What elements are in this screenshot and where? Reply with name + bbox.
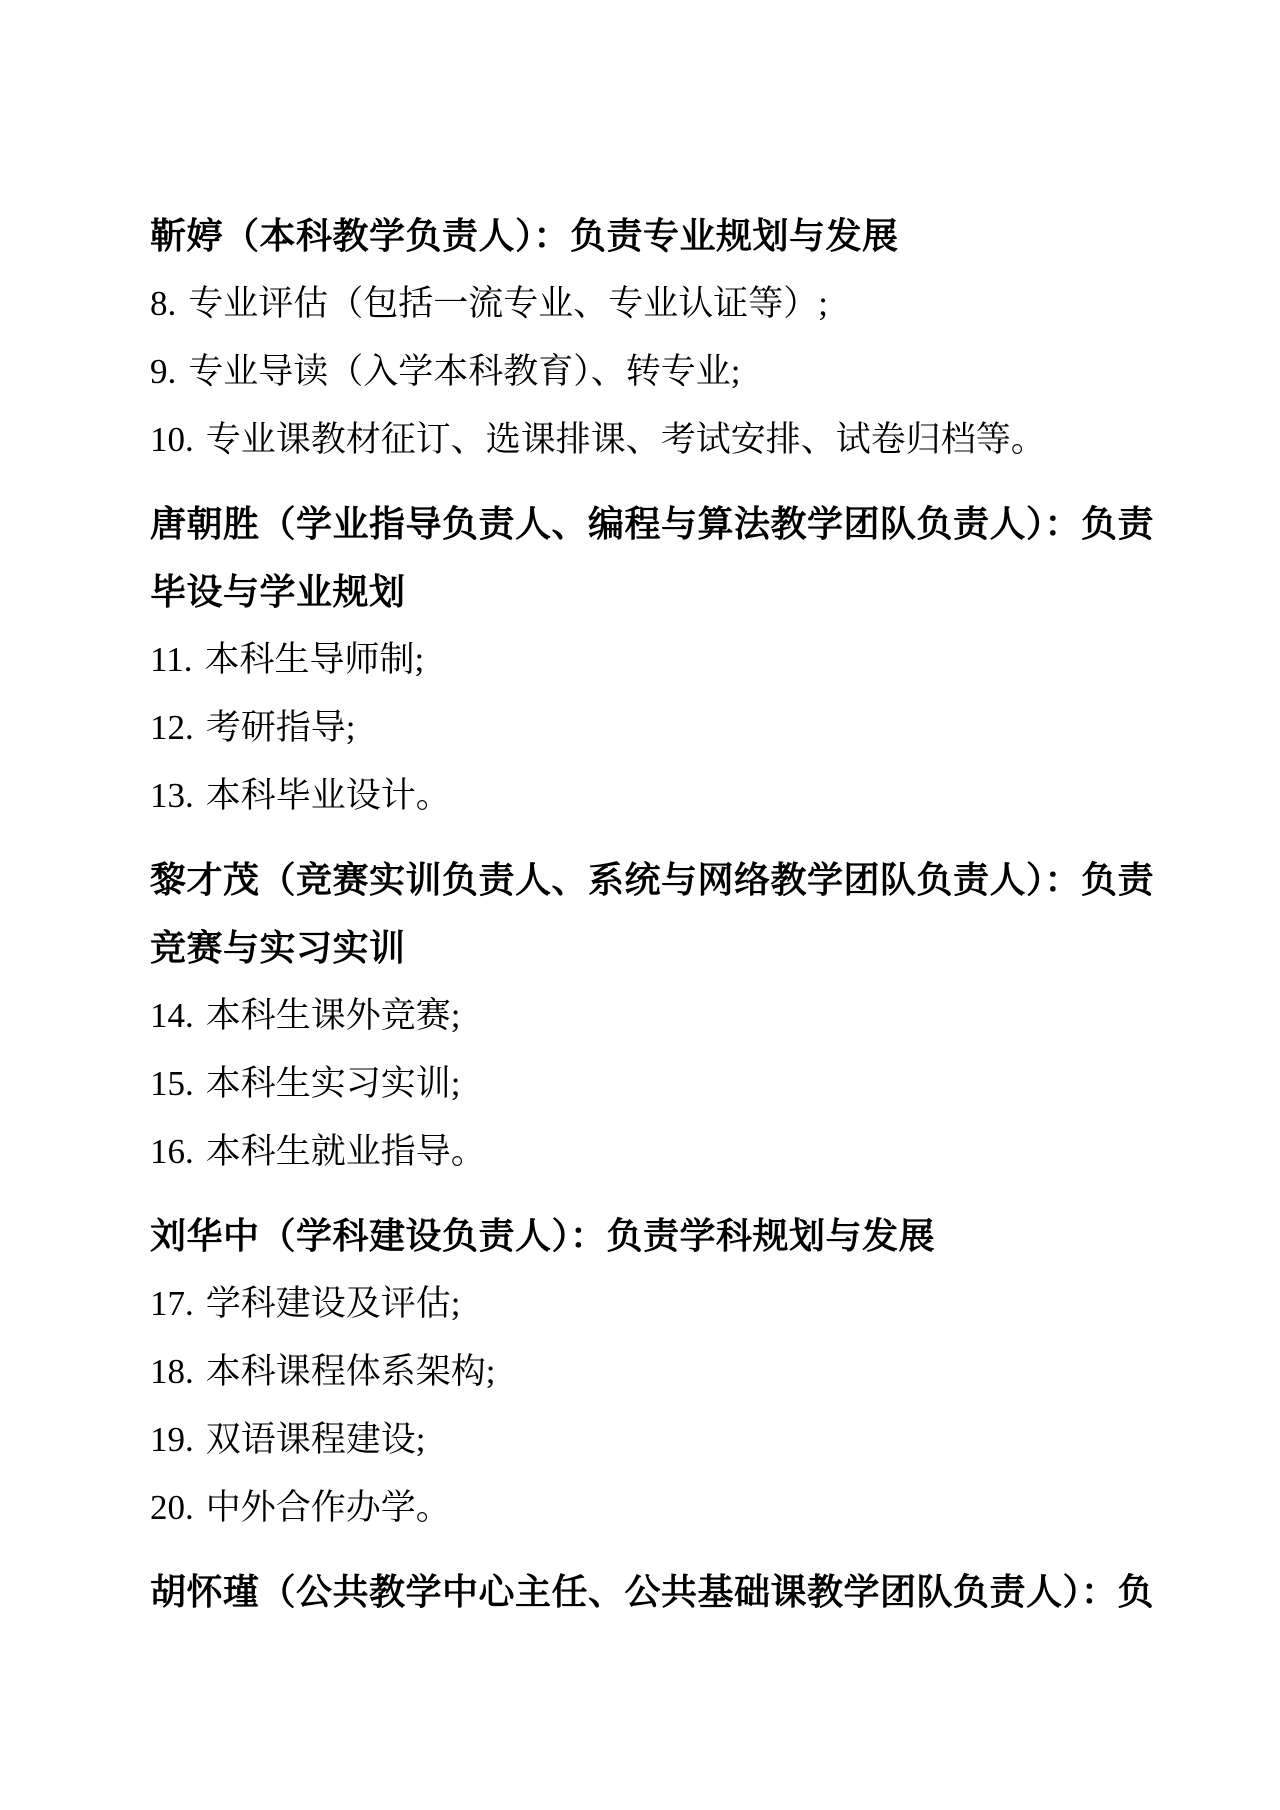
list-item: 17.学科建设及评估; bbox=[150, 1270, 1140, 1338]
item-text: 本科课程体系架构; bbox=[206, 1352, 496, 1391]
item-text: 中外合作办学。 bbox=[206, 1488, 451, 1527]
item-text: 本科毕业设计。 bbox=[206, 776, 451, 815]
document-page: 靳婷（本科教学负责人）：负责专业规划与发展 8.专业评估（包括一流专业、专业认证… bbox=[0, 0, 1280, 1810]
list-item: 11.本科生导师制; bbox=[150, 626, 1140, 694]
item-number: 18. bbox=[150, 1338, 194, 1406]
item-text: 考研指导; bbox=[206, 708, 356, 747]
section-heading-line: 黎才茂（竞赛实训负责人、系统与网络教学团队负责人）：负责 bbox=[150, 846, 1140, 914]
item-number: 15. bbox=[150, 1050, 194, 1118]
section-heading-line: 竞赛与实习实训 bbox=[150, 914, 1140, 982]
list-item: 19.双语课程建设; bbox=[150, 1406, 1140, 1474]
item-text: 本科生导师制; bbox=[204, 640, 424, 679]
section-heading-line: 毕设与学业规划 bbox=[150, 558, 1140, 626]
section-jin-ting: 靳婷（本科教学负责人）：负责专业规划与发展 8.专业评估（包括一流专业、专业认证… bbox=[150, 202, 1140, 474]
section-heading-line: 唐朝胜（学业指导负责人、编程与算法教学团队负责人）：负责 bbox=[150, 490, 1140, 558]
section-heading-line: 靳婷（本科教学负责人）：负责专业规划与发展 bbox=[150, 202, 1140, 270]
list-item: 9.专业导读（入学本科教育）、转专业; bbox=[150, 338, 1140, 406]
list-item: 15.本科生实习实训; bbox=[150, 1050, 1140, 1118]
item-number: 20. bbox=[150, 1474, 194, 1542]
item-text: 本科生课外竞赛; bbox=[206, 996, 461, 1035]
list-item: 14.本科生课外竞赛; bbox=[150, 982, 1140, 1050]
item-number: 16. bbox=[150, 1118, 194, 1186]
item-number: 11. bbox=[150, 626, 192, 694]
item-number: 13. bbox=[150, 762, 194, 830]
item-text: 学科建设及评估; bbox=[206, 1284, 461, 1323]
section-hu-huaijin: 胡怀瑾（公共教学中心主任、公共基础课教学团队负责人）：负 bbox=[150, 1558, 1140, 1626]
item-number: 12. bbox=[150, 694, 194, 762]
section-li-caimao: 黎才茂（竞赛实训负责人、系统与网络教学团队负责人）：负责 竞赛与实习实训 14.… bbox=[150, 846, 1140, 1186]
item-number: 17. bbox=[150, 1270, 194, 1338]
item-text: 双语课程建设; bbox=[206, 1420, 426, 1459]
item-text: 专业评估（包括一流专业、专业认证等）; bbox=[188, 284, 828, 323]
section-heading-line: 刘华中（学科建设负责人）：负责学科规划与发展 bbox=[150, 1202, 1140, 1270]
item-number: 10. bbox=[150, 406, 194, 474]
item-text: 本科生实习实训; bbox=[206, 1064, 461, 1103]
list-item: 20.中外合作办学。 bbox=[150, 1474, 1140, 1542]
section-heading-line: 胡怀瑾（公共教学中心主任、公共基础课教学团队负责人）：负 bbox=[150, 1558, 1140, 1626]
list-item: 10.专业课教材征订、选课排课、考试安排、试卷归档等。 bbox=[150, 406, 1140, 474]
item-number: 19. bbox=[150, 1406, 194, 1474]
list-item: 8.专业评估（包括一流专业、专业认证等）; bbox=[150, 270, 1140, 338]
item-number: 14. bbox=[150, 982, 194, 1050]
item-number: 8. bbox=[150, 270, 176, 338]
section-liu-huazhong: 刘华中（学科建设负责人）：负责学科规划与发展 17.学科建设及评估; 18.本科… bbox=[150, 1202, 1140, 1542]
item-text: 专业课教材征订、选课排课、考试安排、试卷归档等。 bbox=[206, 420, 1046, 459]
item-text: 专业导读（入学本科教育）、转专业; bbox=[188, 352, 740, 391]
list-item: 12.考研指导; bbox=[150, 694, 1140, 762]
list-item: 16.本科生就业指导。 bbox=[150, 1118, 1140, 1186]
list-item: 18.本科课程体系架构; bbox=[150, 1338, 1140, 1406]
item-number: 9. bbox=[150, 338, 176, 406]
item-text: 本科生就业指导。 bbox=[206, 1132, 486, 1171]
list-item: 13.本科毕业设计。 bbox=[150, 762, 1140, 830]
section-tang-chaosheng: 唐朝胜（学业指导负责人、编程与算法教学团队负责人）：负责 毕设与学业规划 11.… bbox=[150, 490, 1140, 830]
